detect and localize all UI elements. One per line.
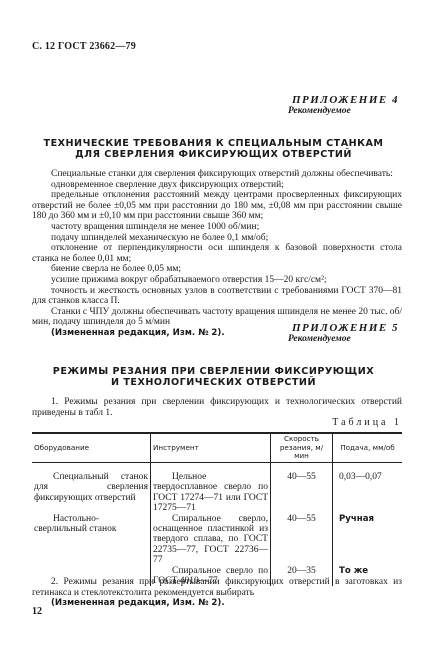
appendix-5-subtitle: Рекомендуемое bbox=[288, 334, 399, 344]
appendix-5-heading: РЕЖИМЫ РЕЗАНИЯ ПРИ СВЕРЛЕНИИ ФИКСИРУЮЩИХ… bbox=[0, 366, 427, 388]
appendix-5-title: ПРИЛОЖЕНИЕ 5 bbox=[292, 322, 399, 334]
appendix-4-subtitle: Рекомендуемое bbox=[288, 106, 399, 116]
appendix-4-heading: ТЕХНИЧЕСКИЕ ТРЕБОВАНИЯ К СПЕЦИАЛЬНЫМ СТА… bbox=[0, 138, 427, 160]
column-header: Скорость резания, м/мин bbox=[271, 433, 333, 463]
appendix-4-label: ПРИЛОЖЕНИЕ 4 Рекомендуемое bbox=[292, 94, 399, 116]
page-header: С. 12 ГОСТ 23662—79 bbox=[32, 41, 136, 52]
column-header: Инструмент bbox=[151, 433, 271, 463]
table-row: Настольно-сверлильный станок Спиральное … bbox=[32, 514, 402, 566]
table-cell: 0,03—0,07 bbox=[333, 463, 403, 514]
paragraph: частоту вращения шпинделя не менее 1000 … bbox=[32, 222, 402, 233]
table-cell: Настольно-сверлильный станок bbox=[32, 514, 151, 566]
page-number: 12 bbox=[32, 606, 42, 617]
column-header: Подача, мм/об bbox=[333, 433, 403, 463]
cutting-modes-table: Оборудование Инструмент Скорость резания… bbox=[32, 432, 402, 586]
appendix-5-intro: 1. Режимы резания при сверлении фиксирую… bbox=[32, 397, 402, 418]
heading-line: ТЕХНИЧЕСКИЕ ТРЕБОВАНИЯ К СПЕЦИАЛЬНЫМ СТА… bbox=[0, 138, 427, 149]
appendix-5-para2: 2. Режимы резания при развертывании фикс… bbox=[32, 577, 402, 609]
table-cell: 40—55 bbox=[271, 514, 333, 566]
heading-line: И ТЕХНОЛОГИЧЕСКИХ ОТВЕРСТИЙ bbox=[0, 377, 427, 388]
table-row: Специальный станок для сверления фиксиру… bbox=[32, 463, 402, 514]
paragraph: одновременное сверление двух фиксирующих… bbox=[32, 180, 402, 191]
paragraph: 2. Режимы резания при развертывании фикс… bbox=[32, 577, 402, 598]
table-cell: Специальный станок для сверления фиксиру… bbox=[32, 463, 151, 514]
paragraph: Специальные станки для сверления фиксиру… bbox=[32, 169, 402, 180]
table-cell: 40—55 bbox=[271, 463, 333, 514]
paragraph: точность и жесткость основных узлов в со… bbox=[32, 286, 402, 307]
revision-note: (Измененная редакция, Изм. № 2). bbox=[32, 598, 402, 609]
appendix-4-body: Специальные станки для сверления фиксиру… bbox=[32, 169, 402, 339]
appendix-5-label: ПРИЛОЖЕНИЕ 5 Рекомендуемое bbox=[292, 322, 399, 344]
table-cell: Цельное твердосплавное сверло по ГОСТ 17… bbox=[151, 463, 271, 514]
column-header: Оборудование bbox=[32, 433, 151, 463]
table-cell: Спиральное сверло, оснащенное пластинкой… bbox=[151, 514, 271, 566]
heading-line: ДЛЯ СВЕРЛЕНИЯ ФИКСИРУЮЩИХ ОТВЕРСТИЙ bbox=[0, 149, 427, 160]
paragraph: биение сверла не более 0,05 мм; bbox=[32, 264, 402, 275]
paragraph: предельные отклонения расстояний между ц… bbox=[32, 190, 402, 222]
appendix-4-title: ПРИЛОЖЕНИЕ 4 bbox=[292, 94, 399, 106]
paragraph: 1. Режимы резания при сверлении фиксирую… bbox=[32, 397, 402, 418]
paragraph: отклонение от перпендикулярности оси шпи… bbox=[32, 243, 402, 264]
table-cell: Ручная bbox=[333, 514, 403, 566]
table-header-row: Оборудование Инструмент Скорость резания… bbox=[32, 433, 402, 463]
table-caption: Таблица 1 bbox=[332, 417, 402, 428]
heading-line: РЕЖИМЫ РЕЗАНИЯ ПРИ СВЕРЛЕНИИ ФИКСИРУЮЩИХ bbox=[0, 366, 427, 377]
paragraph: усилие прижима вокруг обрабатываемого от… bbox=[32, 275, 402, 286]
paragraph: подачу шпинделей механическую не более 0… bbox=[32, 233, 402, 244]
